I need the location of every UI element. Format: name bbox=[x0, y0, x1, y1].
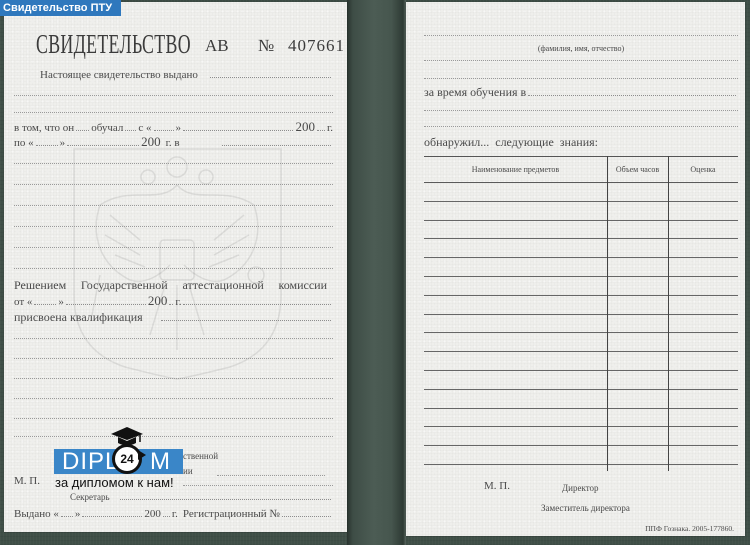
qualification-label: присвоена квалификация bbox=[14, 310, 143, 324]
decision-date-row: от « » 200 г. bbox=[14, 294, 333, 308]
header-hours: Объем часов bbox=[607, 165, 668, 174]
printer-imprint: ППФ Гознака. 2005-177860. bbox=[645, 522, 734, 536]
registration-number-label: Регистрационный № bbox=[183, 507, 280, 521]
grade-cell bbox=[668, 221, 738, 239]
quote-close: » bbox=[75, 507, 81, 521]
year-prefix: 200 bbox=[144, 507, 161, 521]
stamp-label: М. П. bbox=[484, 479, 510, 493]
header-grade: Оценка bbox=[668, 165, 738, 174]
column-divider bbox=[607, 156, 608, 471]
grade-cell bbox=[668, 390, 738, 408]
hours-cell bbox=[607, 183, 668, 201]
table-row bbox=[424, 427, 738, 446]
dotted-leader bbox=[169, 304, 173, 305]
decision-from: от « bbox=[14, 295, 32, 309]
subject-cell bbox=[424, 333, 607, 351]
dotted-leader bbox=[163, 516, 170, 517]
subject-cell bbox=[424, 221, 607, 239]
grade-cell bbox=[668, 202, 738, 220]
coat-of-arms-watermark-icon bbox=[70, 145, 285, 380]
table-row bbox=[424, 333, 738, 352]
subject-cell bbox=[424, 315, 607, 333]
dotted-leader bbox=[183, 304, 331, 305]
hours-cell bbox=[607, 221, 668, 239]
secretary-row: Секретарь bbox=[70, 490, 333, 504]
number-sign: № bbox=[258, 36, 274, 56]
hours-cell bbox=[607, 202, 668, 220]
studied-from: с « bbox=[138, 121, 151, 135]
issued-label: Выдано « bbox=[14, 507, 59, 521]
dotted-line bbox=[14, 378, 333, 379]
table-row bbox=[424, 239, 738, 258]
header-subject: Наименование предметов bbox=[424, 165, 607, 174]
dotted-leader bbox=[76, 130, 89, 131]
issued-row: Выдано « » 200 г. Регистрационный № bbox=[14, 507, 333, 521]
studied-word: обучал bbox=[91, 121, 123, 135]
left-page: СВИДЕТЕЛЬСТВО АВ № 407661 Настоящее свид… bbox=[4, 2, 347, 532]
dotted-line bbox=[14, 184, 333, 185]
grade-cell bbox=[668, 315, 738, 333]
grades-table: Наименование предметов Объем часов Оценк… bbox=[424, 156, 738, 471]
subject-cell bbox=[424, 239, 607, 257]
period-to: по « bbox=[14, 136, 34, 150]
dotted-leader bbox=[66, 304, 146, 305]
study-period-row: за время обучения в bbox=[424, 85, 738, 99]
logo-tagline: за дипломом к нам! bbox=[55, 475, 174, 491]
document-type-badge: Свидетельство ПТУ bbox=[0, 0, 121, 16]
subject-cell bbox=[424, 277, 607, 295]
dotted-leader bbox=[183, 130, 293, 131]
table-row bbox=[424, 352, 738, 371]
full-name-caption: (фамилия, имя, отчество) bbox=[424, 42, 738, 56]
dotted-line bbox=[14, 338, 333, 339]
year-unit: г. bbox=[172, 507, 178, 521]
dotted-leader bbox=[222, 145, 331, 146]
table-row bbox=[424, 221, 738, 240]
dotted-leader bbox=[154, 130, 174, 131]
table-row bbox=[424, 409, 738, 428]
year-prefix: 200 bbox=[141, 135, 161, 149]
subject-cell bbox=[424, 427, 607, 445]
grade-cell bbox=[668, 409, 738, 427]
dotted-line bbox=[14, 247, 333, 248]
grade-cell bbox=[668, 333, 738, 351]
dotted-leader bbox=[67, 145, 139, 146]
year-prefix: 200 bbox=[148, 294, 168, 308]
dotted-leader bbox=[282, 516, 331, 517]
table-row bbox=[424, 315, 738, 334]
certificate-number: 407661 bbox=[288, 36, 345, 56]
hours-cell bbox=[607, 296, 668, 314]
hours-cell bbox=[607, 333, 668, 351]
dotted-line bbox=[14, 205, 333, 206]
hours-cell bbox=[607, 352, 668, 370]
dotted-line bbox=[14, 95, 333, 96]
dotted-leader bbox=[528, 95, 736, 96]
dotted-line bbox=[14, 358, 333, 359]
commission-decision: Решением Государственной аттестационной … bbox=[14, 278, 327, 292]
dotted-line bbox=[14, 398, 333, 399]
table-row bbox=[424, 183, 738, 202]
dotted-leader bbox=[36, 145, 58, 146]
hours-cell bbox=[607, 371, 668, 389]
grade-cell bbox=[668, 239, 738, 257]
dotted-leader bbox=[82, 516, 142, 517]
issued-to-row: Настоящее свидетельство выдано bbox=[40, 68, 333, 82]
cover-spine bbox=[347, 0, 406, 545]
table-row bbox=[424, 446, 738, 465]
year-unit: г. bbox=[175, 295, 181, 309]
grade-cell bbox=[668, 446, 738, 464]
qualification-row: присвоена квалификация bbox=[14, 310, 333, 324]
dotted-leader bbox=[120, 499, 331, 500]
table-row bbox=[424, 296, 738, 315]
studied-that-he: в том, что он bbox=[14, 121, 74, 135]
dotted-line bbox=[424, 78, 738, 79]
dotted-line bbox=[424, 35, 738, 36]
subject-cell bbox=[424, 202, 607, 220]
quote-close: » bbox=[58, 295, 64, 309]
quote-close: » bbox=[176, 121, 182, 135]
chairman-label-fragment: ии bbox=[183, 464, 193, 478]
hours-cell bbox=[607, 239, 668, 257]
grade-cell bbox=[668, 258, 738, 276]
subject-cell bbox=[424, 258, 607, 276]
studied-row: в том, что он обучал с « » 200 г. bbox=[14, 120, 333, 134]
table-header: Наименование предметов Объем часов Оценк… bbox=[424, 156, 738, 183]
director-label: Директор bbox=[562, 481, 599, 495]
subject-cell bbox=[424, 446, 607, 464]
dotted-leader bbox=[34, 304, 56, 305]
stamp-label: М. П. bbox=[14, 474, 40, 488]
grade-cell bbox=[668, 277, 738, 295]
deputy-director-label: Заместитель директора bbox=[541, 501, 630, 515]
grade-cell bbox=[668, 427, 738, 445]
hours-cell bbox=[607, 446, 668, 464]
hours-cell bbox=[607, 258, 668, 276]
dotted-line bbox=[424, 60, 738, 61]
hours-cell bbox=[607, 427, 668, 445]
quote-close: » bbox=[60, 136, 66, 150]
table-row bbox=[424, 202, 738, 221]
logo-text-left: DIPL bbox=[62, 449, 119, 474]
dotted-line bbox=[183, 485, 333, 486]
grade-cell bbox=[668, 352, 738, 370]
document-title: СВИДЕТЕЛЬСТВО bbox=[36, 29, 191, 59]
hours-cell bbox=[607, 315, 668, 333]
subject-cell bbox=[424, 352, 607, 370]
hours-cell bbox=[607, 409, 668, 427]
year-unit-in: г. в bbox=[166, 136, 180, 150]
dotted-line bbox=[14, 268, 333, 269]
dotted-line bbox=[424, 110, 738, 111]
dotted-line bbox=[424, 126, 738, 127]
issued-to-label: Настоящее свидетельство выдано bbox=[40, 68, 198, 82]
column-divider bbox=[668, 156, 669, 471]
subject-cell bbox=[424, 183, 607, 201]
subject-cell bbox=[424, 390, 607, 408]
hours-cell bbox=[607, 390, 668, 408]
table-row bbox=[424, 390, 738, 409]
grade-cell bbox=[668, 296, 738, 314]
grade-cell bbox=[668, 183, 738, 201]
table-row bbox=[424, 258, 738, 277]
dotted-line bbox=[14, 112, 333, 113]
hours-cell bbox=[607, 277, 668, 295]
year-prefix: 200 bbox=[295, 120, 315, 134]
chairman-label-fragment: ственной bbox=[183, 449, 218, 463]
dotted-leader bbox=[125, 130, 136, 131]
table-row bbox=[424, 371, 738, 390]
dotted-leader bbox=[317, 130, 325, 131]
arrow-icon bbox=[138, 450, 146, 460]
study-period-label: за время обучения в bbox=[424, 85, 526, 99]
year-unit: г. bbox=[327, 121, 333, 135]
subject-cell bbox=[424, 296, 607, 314]
dotted-line bbox=[14, 436, 333, 437]
secretary-label: Секретарь bbox=[70, 490, 110, 504]
grade-cell bbox=[668, 371, 738, 389]
logo-text-right: M bbox=[150, 449, 171, 474]
subject-cell bbox=[424, 371, 607, 389]
dotted-line bbox=[14, 418, 333, 419]
dotted-line bbox=[217, 475, 325, 476]
dotted-line bbox=[14, 163, 333, 164]
dotted-leader bbox=[61, 516, 73, 517]
series-code: АВ bbox=[205, 36, 229, 56]
dotted-leader bbox=[161, 320, 331, 321]
right-page: (фамилия, имя, отчество) за время обучен… bbox=[406, 2, 745, 536]
dotted-leader bbox=[210, 77, 331, 78]
table-row bbox=[424, 277, 738, 296]
subject-cell bbox=[424, 409, 607, 427]
knowledge-label: обнаружил... следующие знания: bbox=[424, 135, 598, 149]
period-row: по « » 200 г. в bbox=[14, 135, 333, 149]
dotted-line bbox=[14, 226, 333, 227]
